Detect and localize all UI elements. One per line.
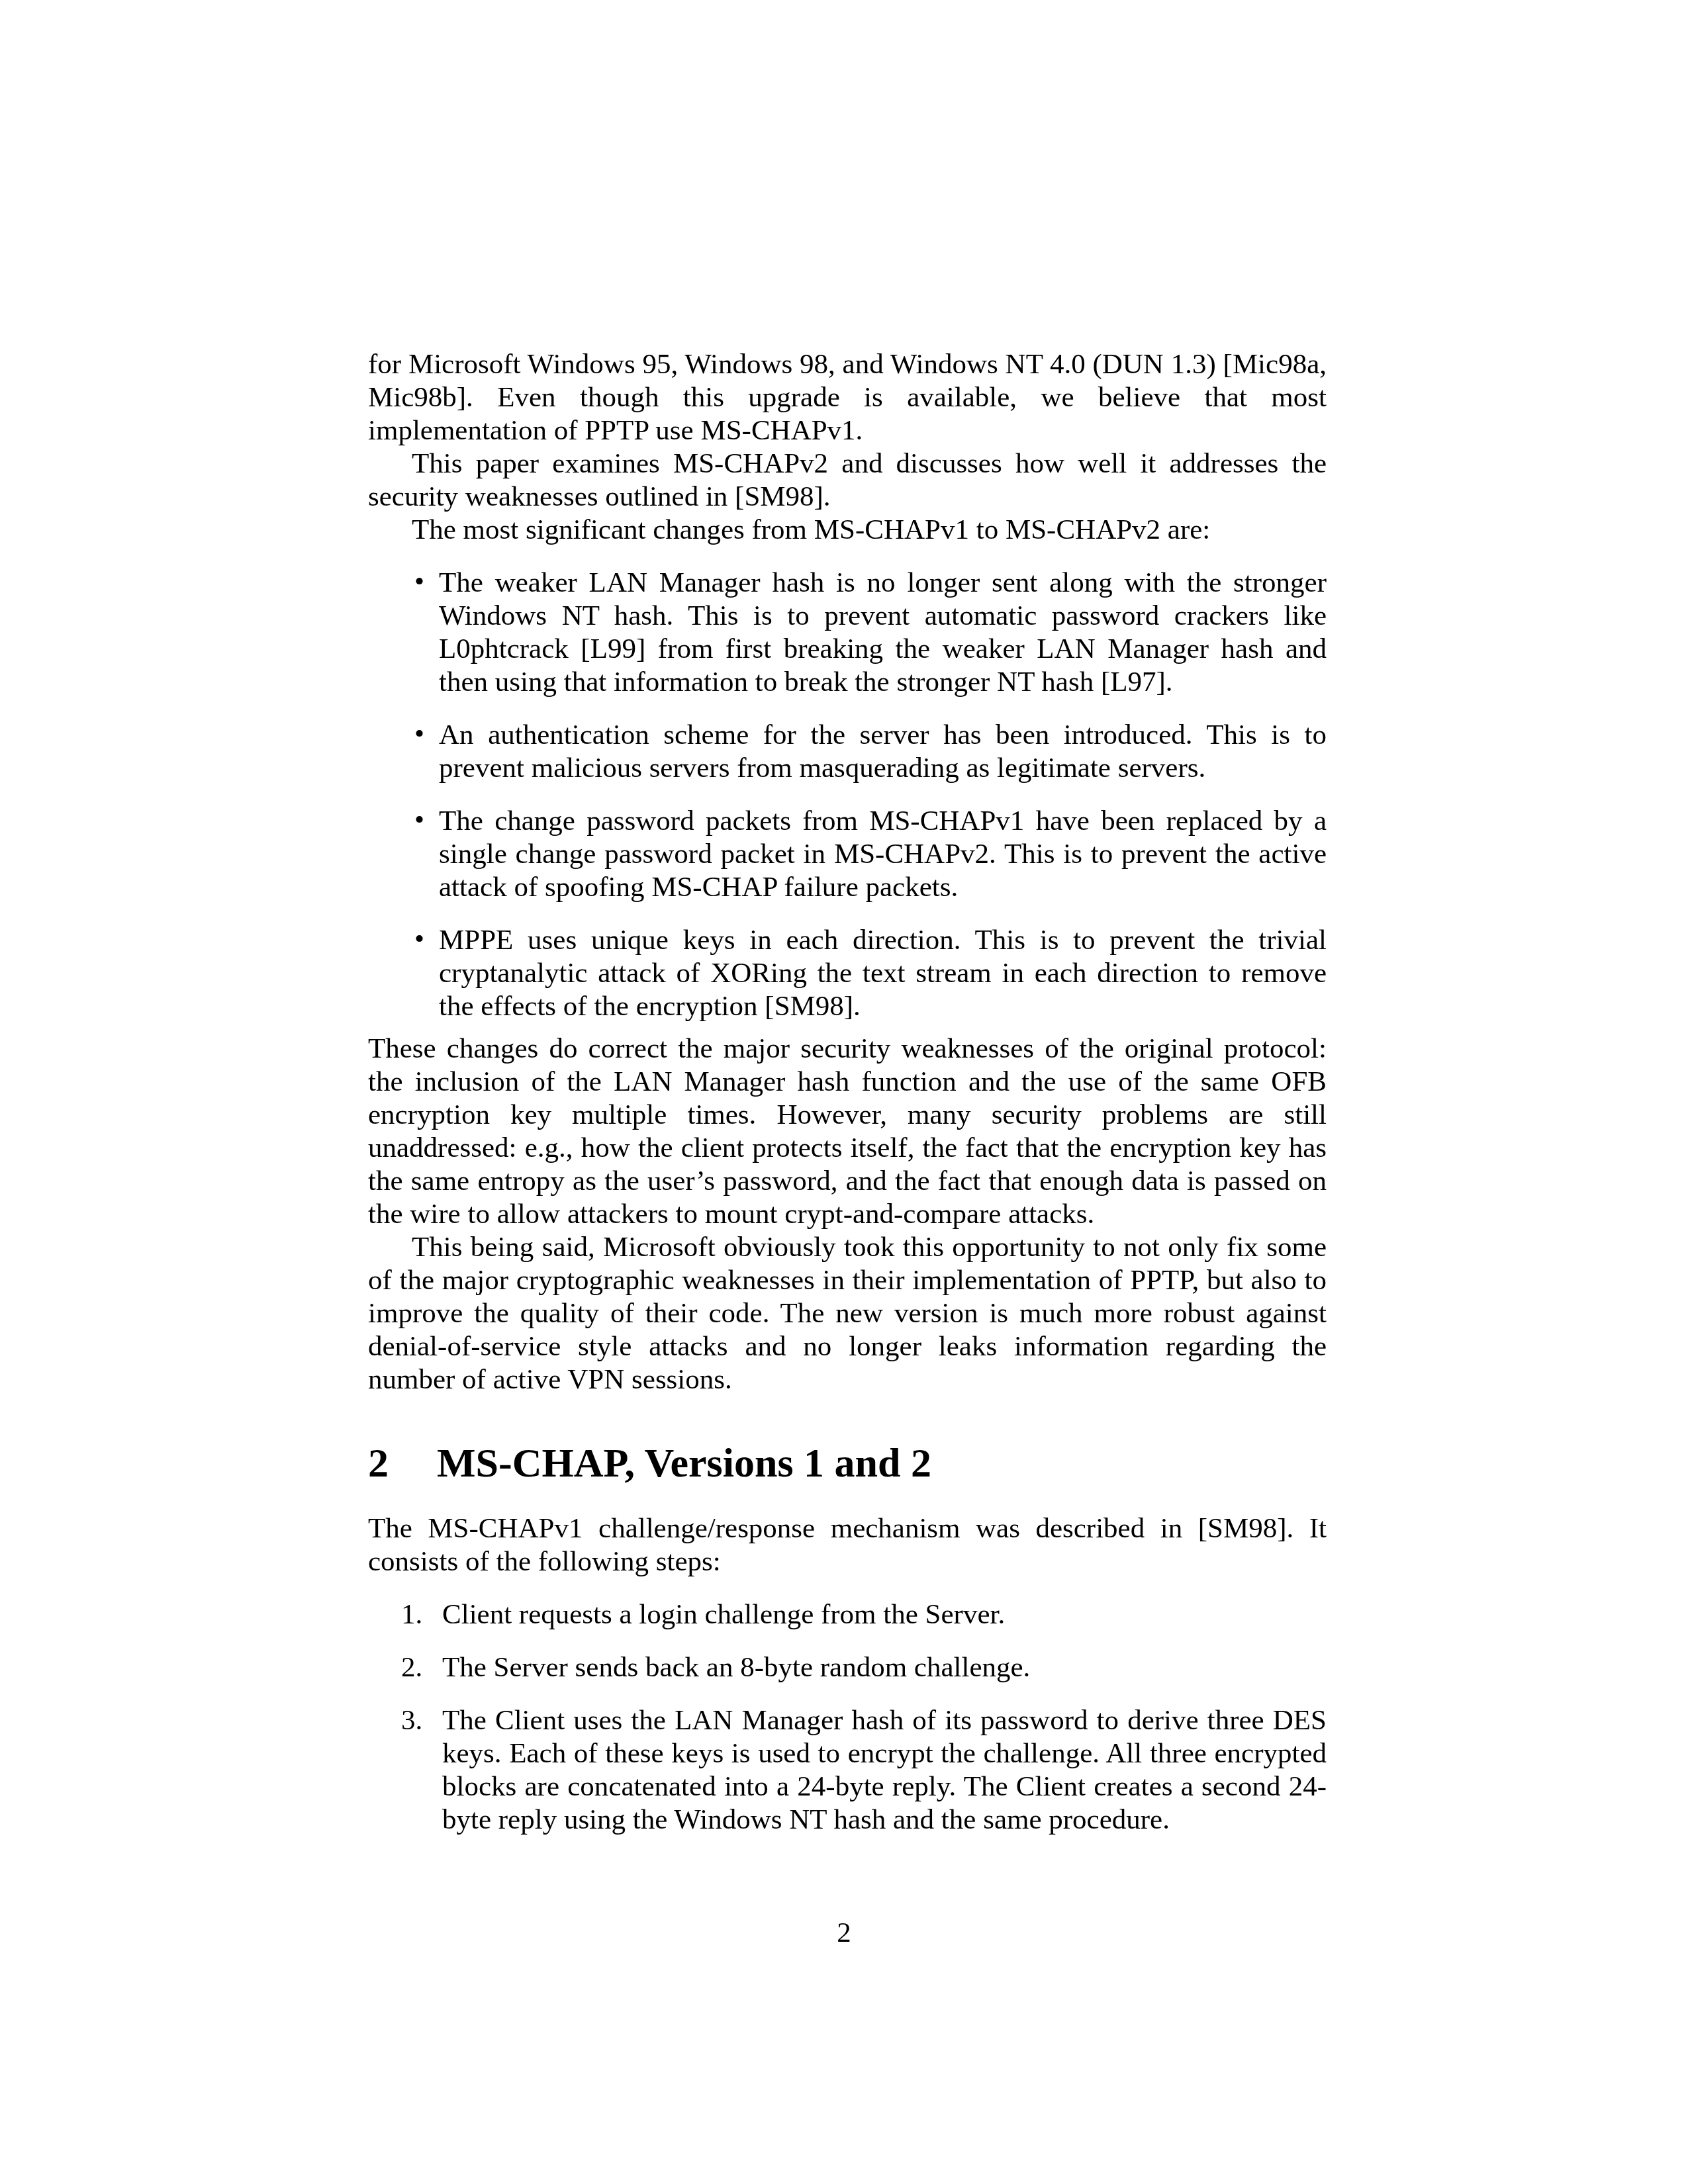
list-item: 1. Client requests a login challenge fro… xyxy=(368,1598,1327,1631)
section-number: 2 xyxy=(368,1441,437,1485)
step-number: 3. xyxy=(401,1704,422,1737)
step-number: 1. xyxy=(401,1598,422,1631)
bullet-item-text: An authentication scheme for the server … xyxy=(439,719,1327,784)
page-number: 2 xyxy=(0,1917,1688,1950)
step-number: 2. xyxy=(401,1651,422,1684)
paragraph-section-intro: The MS-CHAPv1 challenge/response mechani… xyxy=(368,1512,1327,1578)
paragraph-changes-intro: The most significant changes from MS-CHA… xyxy=(368,514,1327,547)
bullet-icon: • xyxy=(414,717,424,751)
bullet-icon: • xyxy=(414,803,424,837)
paragraph-these-changes: These changes do correct the major secur… xyxy=(368,1032,1327,1231)
list-item: • The change password packets from MS-CH… xyxy=(368,805,1327,904)
list-item: 3. The Client uses the LAN Manager hash … xyxy=(368,1704,1327,1837)
list-item: 2. The Server sends back an 8-byte rando… xyxy=(368,1651,1327,1684)
bullet-item-text: MPPE uses unique keys in each direction.… xyxy=(439,925,1327,1022)
step-item-text: The Client uses the LAN Manager hash of … xyxy=(442,1705,1327,1835)
section-heading: 2MS-CHAP, Versions 1 and 2 xyxy=(368,1441,1327,1485)
paragraph-continuation: for Microsoft Windows 95, Windows 98, an… xyxy=(368,348,1327,447)
list-item: • MPPE uses unique keys in each directio… xyxy=(368,924,1327,1023)
bullet-icon: • xyxy=(414,923,424,956)
bullet-item-text: The weaker LAN Manager hash is no longer… xyxy=(439,567,1327,698)
page-body: for Microsoft Windows 95, Windows 98, an… xyxy=(368,348,1327,1837)
list-item: • An authentication scheme for the serve… xyxy=(368,719,1327,785)
bullet-icon: • xyxy=(414,565,424,598)
bullet-item-text: The change password packets from MS-CHAP… xyxy=(439,805,1327,903)
list-item: • The weaker LAN Manager hash is no long… xyxy=(368,567,1327,699)
section-title: MS-CHAP, Versions 1 and 2 xyxy=(437,1441,931,1486)
paper-page: for Microsoft Windows 95, Windows 98, an… xyxy=(0,0,1688,2184)
steps-numbered-list: 1. Client requests a login challenge fro… xyxy=(368,1598,1327,1837)
step-item-text: The Server sends back an 8-byte random c… xyxy=(442,1652,1030,1683)
changes-bullet-list: • The weaker LAN Manager hash is no long… xyxy=(368,567,1327,1023)
step-item-text: Client requests a login challenge from t… xyxy=(442,1599,1005,1630)
paragraph-paper-examines: This paper examines MS-CHAPv2 and discus… xyxy=(368,447,1327,514)
paragraph-this-being-said: This being said, Microsoft obviously too… xyxy=(368,1231,1327,1396)
